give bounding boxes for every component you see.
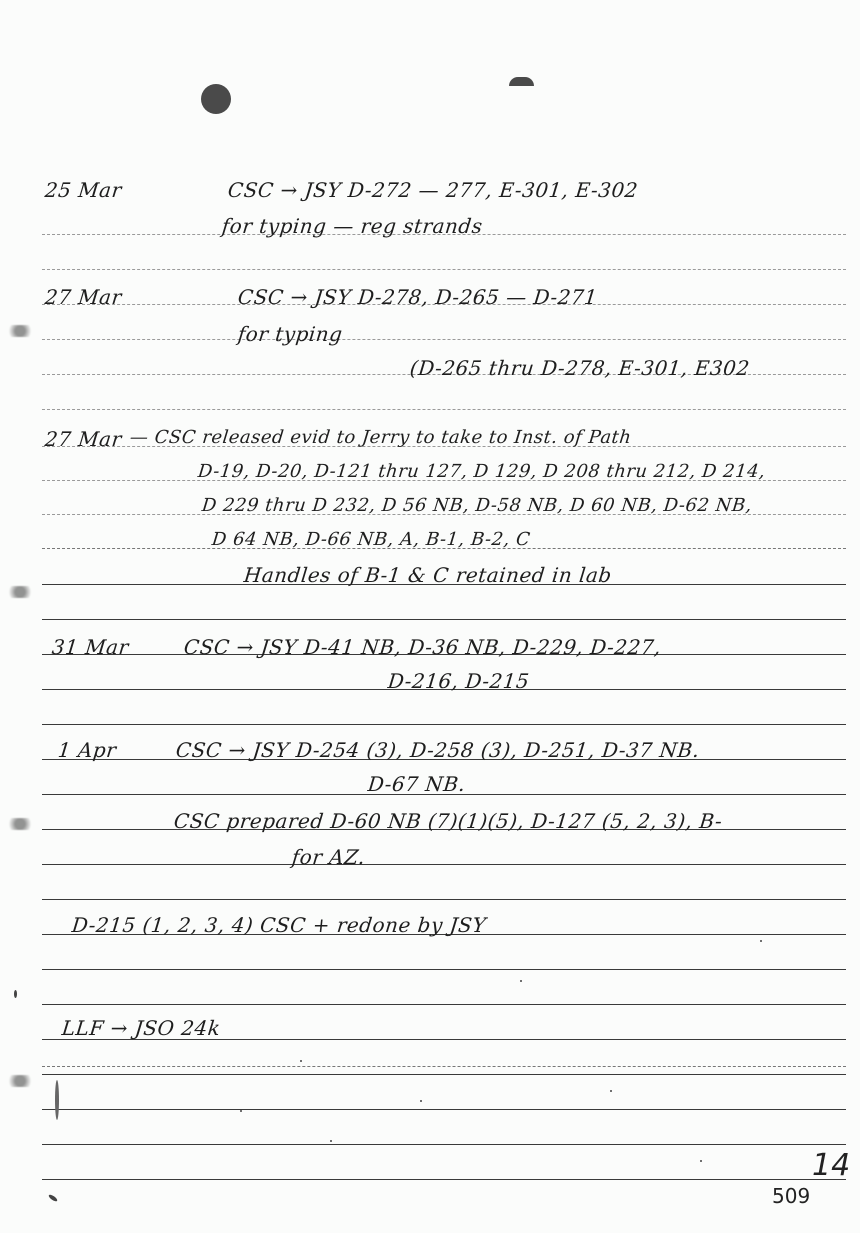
ruled-line [42, 1144, 846, 1145]
scan-smudge [5, 586, 35, 598]
entry-line: CSC prepared D-60 NB (7)(1)(5), D-127 (5… [173, 809, 724, 833]
scan-speck [700, 1160, 702, 1162]
entry-line: — CSC released evid to Jerry to take to … [129, 427, 633, 448]
scan-speck [14, 990, 17, 998]
scan-speck [240, 1110, 242, 1112]
entry-date: 27 Mar [44, 427, 123, 451]
entry-date: 31 Mar [51, 635, 130, 659]
scan-speck [55, 1080, 59, 1120]
scan-speck [520, 980, 522, 982]
punch-hole-partial [509, 77, 534, 86]
entry-line: D-215 (1, 2, 3, 4) CSC + redone by JSY [71, 913, 488, 937]
document-page: 25 Mar CSC → JSY D-272 — 277, E-301, E-3… [0, 0, 860, 1233]
entry-line: for AZ. [291, 845, 367, 869]
ruled-line [42, 1066, 846, 1067]
ruled-line [42, 1074, 846, 1075]
ruled-line [42, 1179, 846, 1180]
entry-line: CSC → JSY D-41 NB, D-36 NB, D-229, D-227… [183, 635, 663, 659]
ruled-line [42, 1004, 846, 1005]
entry-line: for typing [237, 322, 344, 346]
entry-line: D-19, D-20, D-121 thru 127, D 129, D 208… [197, 461, 767, 482]
scan-smudge [5, 325, 35, 337]
entry-line: D 229 thru D 232, D 56 NB, D-58 NB, D 60… [201, 495, 753, 516]
ruled-line [42, 269, 846, 270]
entry-line: CSC → JSY D-272 — 277, E-301, E-302 [227, 178, 640, 202]
entry-line: (D-265 thru D-278, E-301, E302 [409, 356, 751, 380]
entry-date: 1 Apr [57, 738, 118, 762]
entry-date: 25 Mar [44, 178, 123, 202]
scan-speck [610, 1090, 612, 1092]
scan-speck [420, 1100, 422, 1102]
scan-speck [760, 940, 762, 942]
scan-speck [330, 1140, 332, 1142]
ruled-line [42, 969, 846, 970]
ruled-line [42, 619, 846, 620]
entry-line: Handles of B-1 & C retained in lab [243, 563, 613, 587]
entry-line: D 64 NB, D-66 NB, A, B-1, B-2, C [211, 529, 532, 550]
entry-line: for typing — reg strands [221, 214, 484, 238]
ruled-line [42, 864, 846, 865]
ruled-line [42, 899, 846, 900]
entry-line: D-216, D-215 [387, 669, 531, 693]
scan-speck [300, 1060, 302, 1062]
handwritten-page-number: 14 [812, 1148, 850, 1183]
ruled-line [42, 724, 846, 725]
scan-speck [48, 1193, 58, 1202]
entry-line: D-67 NB. [367, 772, 467, 796]
ruled-line [42, 1109, 846, 1110]
ruled-line [42, 409, 846, 410]
punch-hole [201, 84, 231, 114]
entry-line: CSC → JSY D-254 (3), D-258 (3), D-251, D… [175, 738, 701, 762]
entry-line: CSC → JSY D-278, D-265 — D-271 [237, 285, 599, 309]
stamped-page-number: 509 [772, 1184, 810, 1208]
entry-date: 27 Mar [44, 285, 123, 309]
ruled-line [42, 339, 846, 340]
entry-line: LLF → JSO 24k [61, 1016, 222, 1040]
scan-smudge [5, 818, 35, 830]
scan-smudge [5, 1075, 35, 1087]
